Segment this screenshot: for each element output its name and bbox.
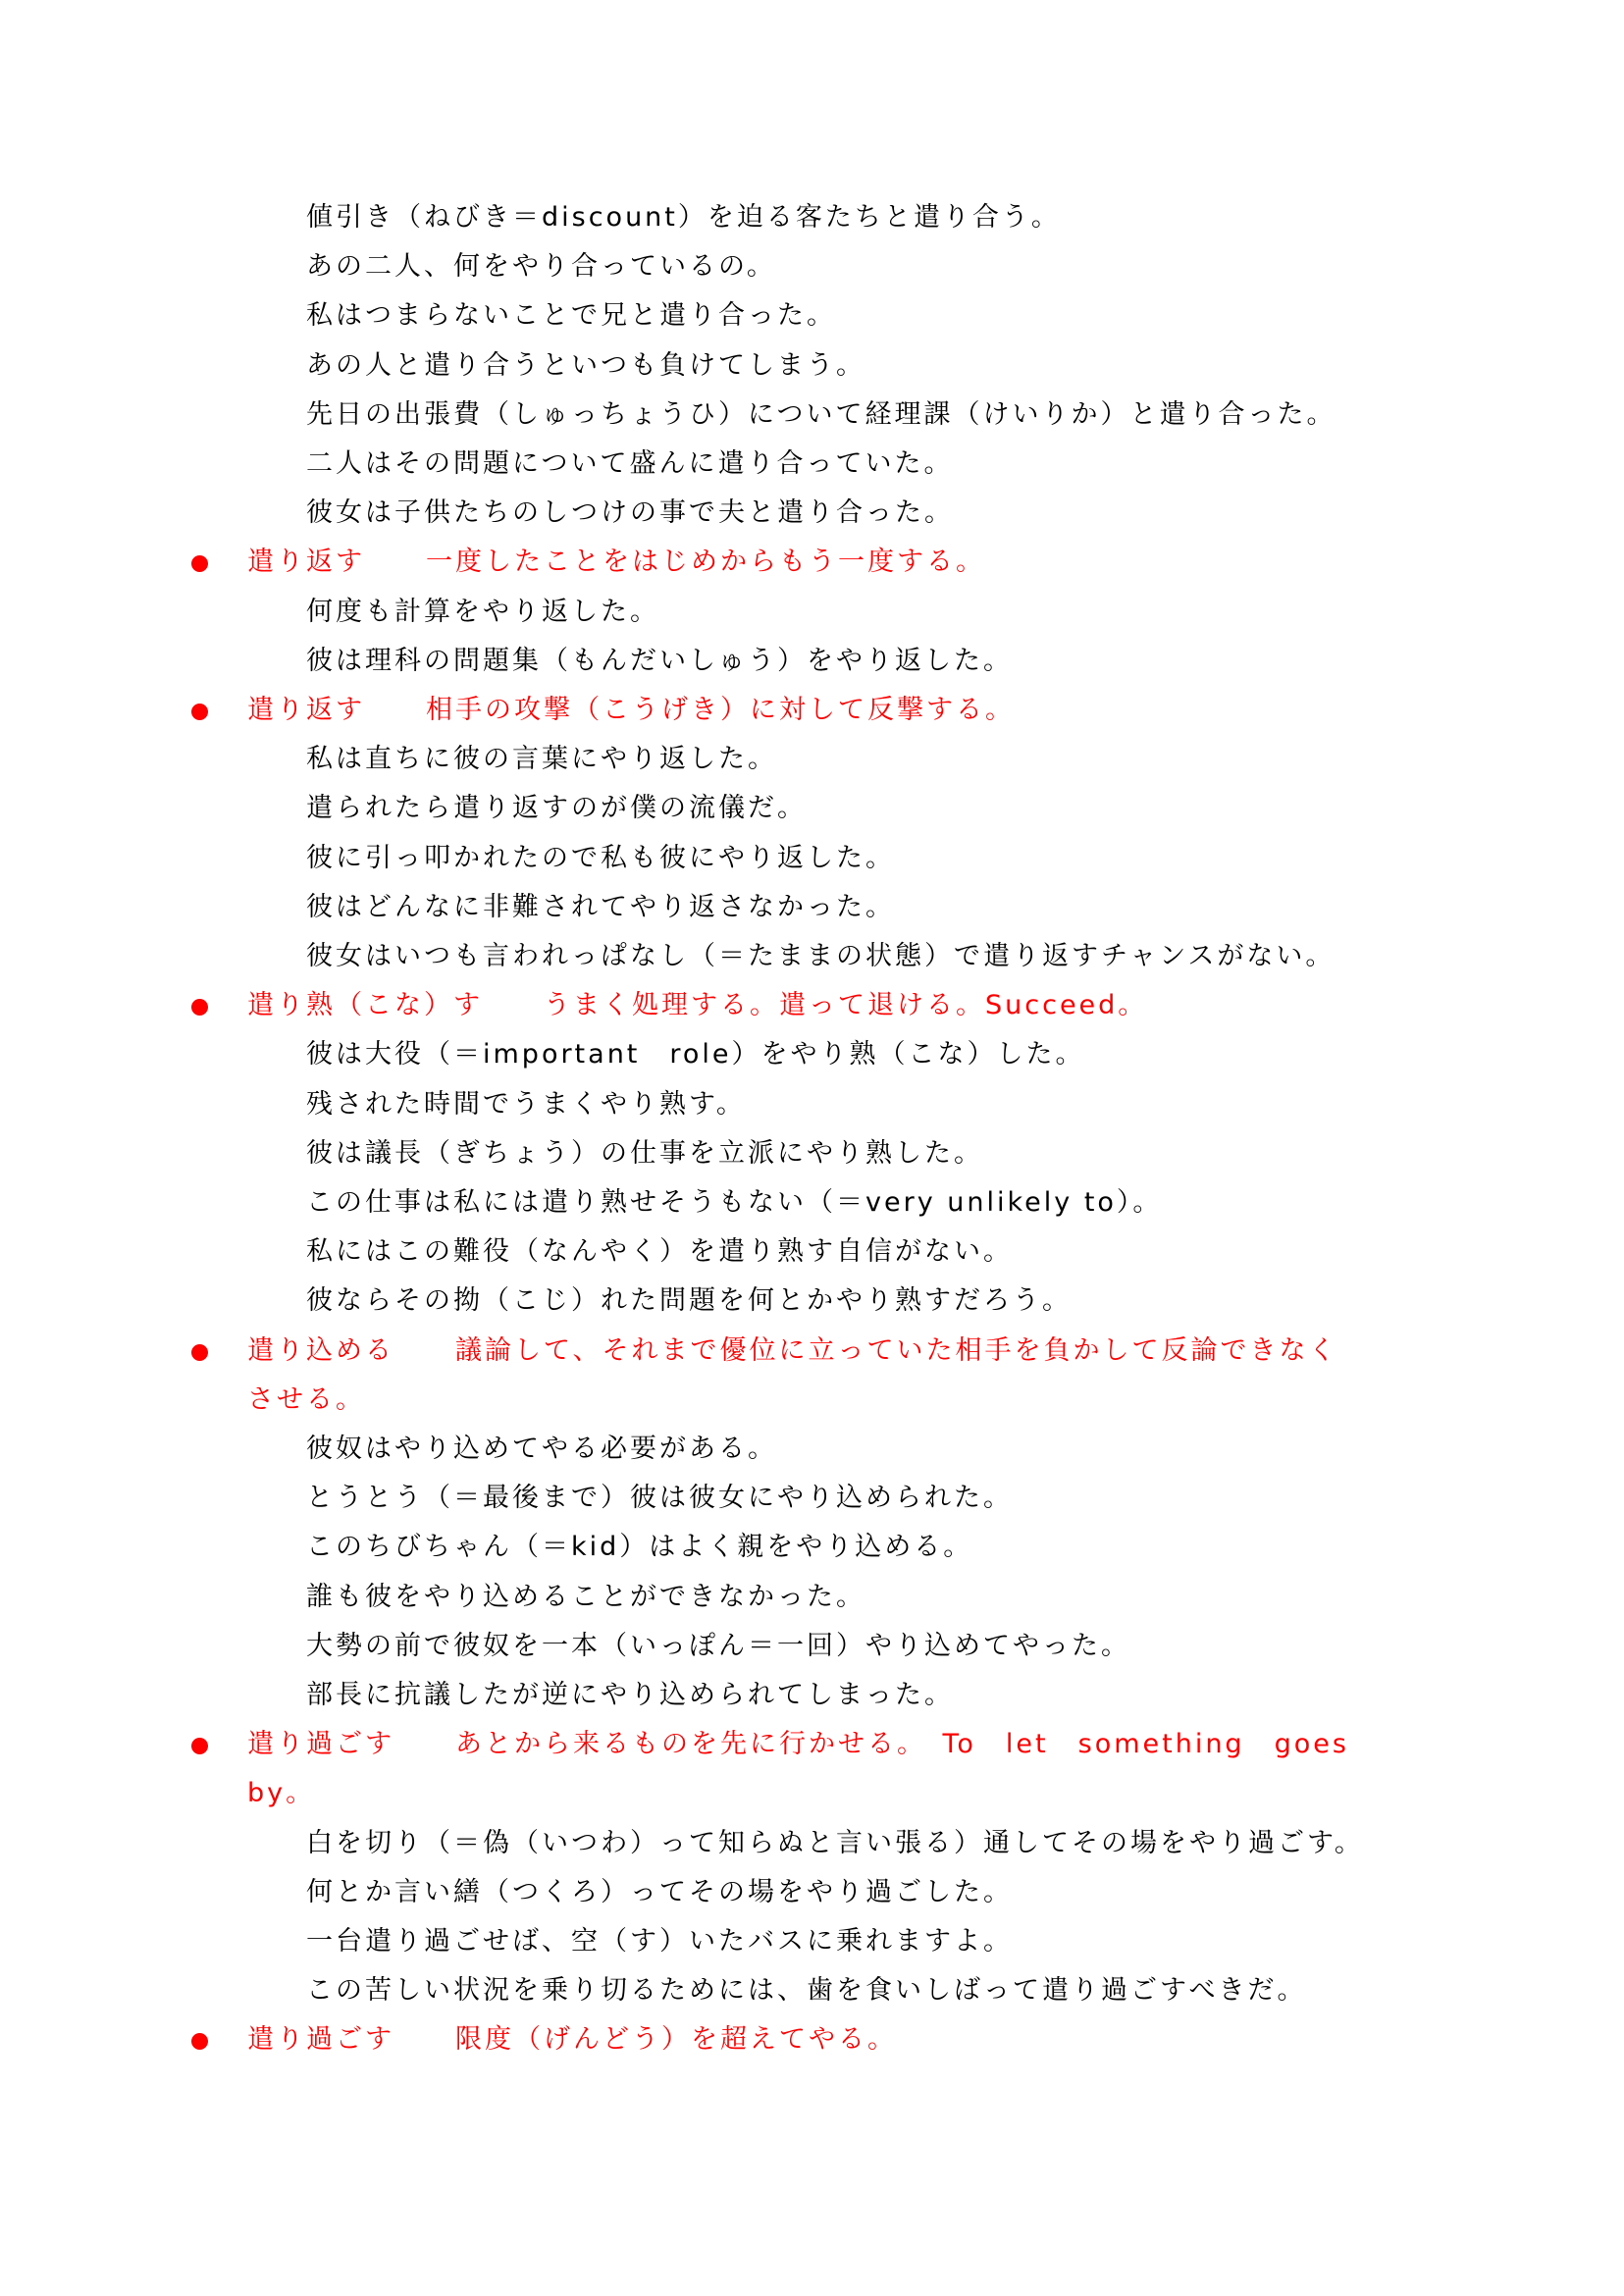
entry-term: 遣り込める	[247, 1335, 394, 1366]
example-sentence: 何度も計算をやり返した。	[306, 595, 659, 644]
bullet-icon	[191, 704, 208, 720]
entry-term: 遣り過ごす	[247, 1729, 394, 1759]
example-sentence: 部長に抗議したが逆にやり込められてしまった。	[306, 1678, 954, 1727]
example-sentence: 私は直ちに彼の言葉にやり返した。	[306, 742, 777, 791]
example-sentence: 彼はどんなに非難されてやり返さなかった。	[306, 890, 895, 939]
example-sentence: あの人と遣り合うといつも負けてしまう。	[306, 348, 865, 397]
example-sentence: 値引き（ねびき＝discount）を迫る客たちと遣り合う。	[306, 200, 1061, 249]
entry-heading: 遣り熟（こな）すうまく処理する。遣って退ける。Succeed。	[247, 988, 1147, 1037]
example-sentence: 彼女はいつも言われっぱなし（＝たままの状態）で遣り返すチャンスがない。	[306, 939, 1335, 988]
example-sentence: 彼女は子供たちのしつけの事で夫と遣り合った。	[306, 496, 954, 545]
entry-heading: 遣り過ごすあとから来るものを先に行かせる。 To let something g…	[247, 1727, 1349, 1776]
example-sentence: この苦しい状況を乗り切るためには、歯を食いしばって遣り過ごすべきだ。	[306, 1973, 1306, 2022]
example-sentence: 彼は大役（＝important role）をやり熟（こな）した。	[306, 1037, 1085, 1086]
example-sentence: 遣られたら遣り返すのが僕の流儀だ。	[306, 791, 807, 840]
entry-definition: 限度（げんどう）を超えてやる。	[455, 2024, 897, 2055]
example-sentence: 私にはこの難役（なんやく）を遣り熟す自信がない。	[306, 1234, 1013, 1283]
example-sentence: 彼に引っ叩かれたので私も彼にやり返した。	[306, 841, 895, 890]
entry-term: 遣り熟（こな）す	[247, 990, 483, 1020]
bullet-icon	[191, 999, 208, 1016]
example-sentence: 白を切り（＝偽（いつわ）って知らぬと言い張る）通してその場をやり過ごす。	[306, 1826, 1364, 1875]
example-sentence: 先日の出張費（しゅっちょうひ）について経理課（けいりか）と遣り合った。	[306, 397, 1336, 446]
example-sentence: 誰も彼をやり込めることができなかった。	[306, 1580, 865, 1629]
example-sentence: この仕事は私には遣り熟せそうもない（＝very unlikely to）。	[306, 1185, 1162, 1234]
example-sentence: 一台遣り過ごせば、空（す）いたバスに乗れますよ。	[306, 1924, 1013, 1973]
example-sentence: 彼は議長（ぎちょう）の仕事を立派にやり熟した。	[306, 1136, 983, 1185]
entry-definition: 相手の攻撃（こうげき）に対して反撃する。	[426, 695, 1015, 725]
entry-heading: 遣り返す一度したことをはじめからもう一度する。	[247, 545, 985, 594]
example-sentence: とうとう（＝最後まで）彼は彼女にやり込められた。	[306, 1481, 1013, 1530]
entry-definition: by。	[247, 1778, 315, 1808]
entry-definition: させる。	[247, 1384, 365, 1415]
entry-definition: あとから来るものを先に行かせる。 To let something goes	[455, 1729, 1349, 1759]
example-sentence: 残された時間でうまくやり熟す。	[306, 1087, 746, 1136]
entry-definition: 一度したことをはじめからもう一度する。	[426, 547, 985, 577]
bullet-icon	[191, 2033, 208, 2050]
example-sentence: 彼ならその拗（こじ）れた問題を何とかやり熟すだろう。	[306, 1283, 1072, 1332]
bullet-icon	[191, 1344, 208, 1361]
example-sentence: 二人はその問題について盛んに遣り合っていた。	[306, 446, 953, 496]
example-sentence: 彼は理科の問題集（もんだいしゅう）をやり返した。	[306, 644, 1013, 693]
entry-definition-continued: by。	[247, 1776, 315, 1825]
entry-definition-continued: させる。	[247, 1383, 365, 1432]
bullet-icon	[191, 1738, 208, 1754]
entry-heading: 遣り返す相手の攻撃（こうげき）に対して反撃する。	[247, 693, 1015, 742]
example-sentence: 大勢の前で彼奴を一本（いっぽん＝一回）やり込めてやった。	[306, 1629, 1130, 1678]
example-sentence: 何とか言い繕（つくろ）ってその場をやり過ごした。	[306, 1875, 1013, 1924]
entry-term: 遣り返す	[247, 695, 365, 725]
entry-definition: 議論して、それまで優位に立っていた相手を負かして反論できなく	[455, 1335, 1337, 1366]
entry-heading: 遣り過ごす限度（げんどう）を超えてやる。	[247, 2022, 897, 2071]
example-sentence: 私はつまらないことで兄と遣り合った。	[306, 298, 836, 347]
entry-heading: 遣り込める議論して、それまで優位に立っていた相手を負かして反論できなく	[247, 1333, 1337, 1383]
example-sentence: 彼奴はやり込めてやる必要がある。	[306, 1432, 777, 1481]
document-page: 値引き（ねびき＝discount）を迫る客たちと遣り合う。 あの二人、何をやり合…	[0, 0, 1624, 2296]
example-sentence: あの二人、何をやり合っているの。	[306, 249, 776, 298]
bullet-icon	[191, 555, 208, 572]
entry-term: 遣り返す	[247, 547, 365, 577]
entry-term: 遣り過ごす	[247, 2024, 394, 2055]
entry-definition: うまく処理する。遣って退ける。Succeed。	[544, 990, 1147, 1020]
example-sentence: このちびちゃん（＝kid）はよく親をやり込める。	[306, 1530, 972, 1579]
